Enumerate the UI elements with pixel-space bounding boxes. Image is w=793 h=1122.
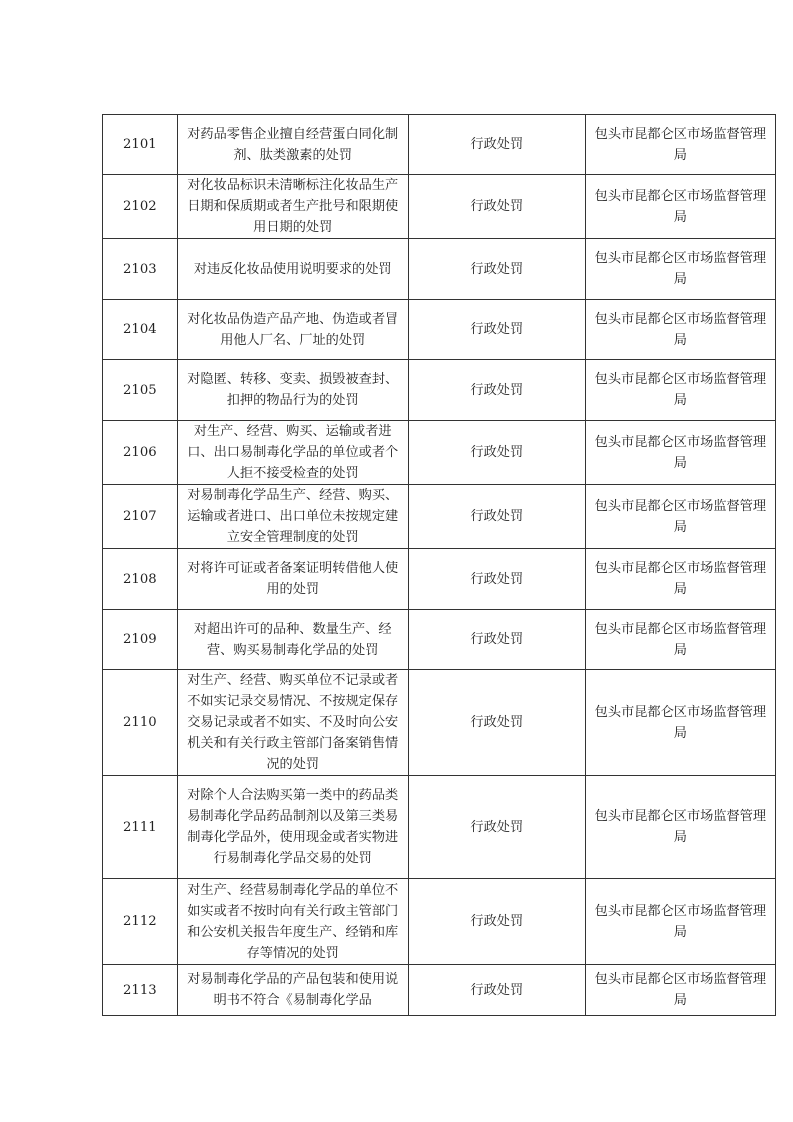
item-type: 行政处罚 xyxy=(408,239,585,300)
item-department: 包头市昆都仑区市场监督管理局 xyxy=(585,239,775,300)
item-type: 行政处罚 xyxy=(408,421,585,485)
item-name: 对超出许可的品种、数量生产、经营、购买易制毒化学品的处罚 xyxy=(177,610,408,670)
item-number: 2106 xyxy=(103,421,178,485)
item-name: 对化妆品伪造产品产地、伪造或者冒用他人厂名、厂址的处罚 xyxy=(177,300,408,360)
item-name: 对违反化妆品使用说明要求的处罚 xyxy=(177,239,408,300)
table-row: 2113 对易制毒化学品的产品包装和使用说明书不符合《易制毒化学品 行政处罚 包… xyxy=(103,965,776,1016)
table-body: 2101 对药品零售企业擅自经营蛋白同化制剂、肽类激素的处罚 行政处罚 包头市昆… xyxy=(103,115,776,1016)
item-type: 行政处罚 xyxy=(408,670,585,776)
item-number: 2111 xyxy=(103,776,178,879)
table-row: 2109 对超出许可的品种、数量生产、经营、购买易制毒化学品的处罚 行政处罚 包… xyxy=(103,610,776,670)
item-department: 包头市昆都仑区市场监督管理局 xyxy=(585,965,775,1016)
item-name: 对生产、经营、购买、运输或者进口、出口易制毒化学品的单位或者个人拒不接受检查的处… xyxy=(177,421,408,485)
item-name: 对除个人合法购买第一类中的药品类易制毒化学品药品制剂以及第三类易制毒化学品外，使… xyxy=(177,776,408,879)
item-department: 包头市昆都仑区市场监督管理局 xyxy=(585,549,775,610)
item-number: 2101 xyxy=(103,115,178,175)
item-number: 2102 xyxy=(103,175,178,239)
item-department: 包头市昆都仑区市场监督管理局 xyxy=(585,115,775,175)
item-type: 行政处罚 xyxy=(408,549,585,610)
item-number: 2108 xyxy=(103,549,178,610)
item-department: 包头市昆都仑区市场监督管理局 xyxy=(585,421,775,485)
item-name: 对将许可证或者备案证明转借他人使用的处罚 xyxy=(177,549,408,610)
item-type: 行政处罚 xyxy=(408,776,585,879)
table-row: 2105 对隐匿、转移、变卖、损毁被查封、扣押的物品行为的处罚 行政处罚 包头市… xyxy=(103,360,776,421)
item-department: 包头市昆都仑区市场监督管理局 xyxy=(585,776,775,879)
table-row: 2106 对生产、经营、购买、运输或者进口、出口易制毒化学品的单位或者个人拒不接… xyxy=(103,421,776,485)
item-department: 包头市昆都仑区市场监督管理局 xyxy=(585,300,775,360)
table-row: 2110 对生产、经营、购买单位不记录或者不如实记录交易情况、不按规定保存交易记… xyxy=(103,670,776,776)
item-number: 2110 xyxy=(103,670,178,776)
table-row: 2112 对生产、经营易制毒化学品的单位不如实或者不按时向有关行政主管部门和公安… xyxy=(103,879,776,965)
item-number: 2104 xyxy=(103,300,178,360)
item-type: 行政处罚 xyxy=(408,300,585,360)
item-type: 行政处罚 xyxy=(408,879,585,965)
item-name: 对易制毒化学品生产、经营、购买、运输或者进口、出口单位未按规定建立安全管理制度的… xyxy=(177,485,408,549)
item-department: 包头市昆都仑区市场监督管理局 xyxy=(585,610,775,670)
item-department: 包头市昆都仑区市场监督管理局 xyxy=(585,670,775,776)
item-number: 2109 xyxy=(103,610,178,670)
item-name: 对生产、经营易制毒化学品的单位不如实或者不按时向有关行政主管部门和公安机关报告年… xyxy=(177,879,408,965)
item-department: 包头市昆都仑区市场监督管理局 xyxy=(585,485,775,549)
item-department: 包头市昆都仑区市场监督管理局 xyxy=(585,175,775,239)
item-name: 对易制毒化学品的产品包装和使用说明书不符合《易制毒化学品 xyxy=(177,965,408,1016)
item-number: 2112 xyxy=(103,879,178,965)
document-page: 2101 对药品零售企业擅自经营蛋白同化制剂、肽类激素的处罚 行政处罚 包头市昆… xyxy=(0,0,793,1122)
item-department: 包头市昆都仑区市场监督管理局 xyxy=(585,360,775,421)
item-type: 行政处罚 xyxy=(408,965,585,1016)
table-row: 2104 对化妆品伪造产品产地、伪造或者冒用他人厂名、厂址的处罚 行政处罚 包头… xyxy=(103,300,776,360)
table-row: 2101 对药品零售企业擅自经营蛋白同化制剂、肽类激素的处罚 行政处罚 包头市昆… xyxy=(103,115,776,175)
item-type: 行政处罚 xyxy=(408,360,585,421)
item-type: 行政处罚 xyxy=(408,115,585,175)
item-name: 对生产、经营、购买单位不记录或者不如实记录交易情况、不按规定保存交易记录或者不如… xyxy=(177,670,408,776)
table-row: 2107 对易制毒化学品生产、经营、购买、运输或者进口、出口单位未按规定建立安全… xyxy=(103,485,776,549)
item-number: 2113 xyxy=(103,965,178,1016)
penalty-items-table: 2101 对药品零售企业擅自经营蛋白同化制剂、肽类激素的处罚 行政处罚 包头市昆… xyxy=(102,114,776,1016)
item-name: 对药品零售企业擅自经营蛋白同化制剂、肽类激素的处罚 xyxy=(177,115,408,175)
item-number: 2105 xyxy=(103,360,178,421)
item-name: 对隐匿、转移、变卖、损毁被查封、扣押的物品行为的处罚 xyxy=(177,360,408,421)
item-type: 行政处罚 xyxy=(408,175,585,239)
table-row: 2111 对除个人合法购买第一类中的药品类易制毒化学品药品制剂以及第三类易制毒化… xyxy=(103,776,776,879)
item-department: 包头市昆都仑区市场监督管理局 xyxy=(585,879,775,965)
item-type: 行政处罚 xyxy=(408,610,585,670)
table-row: 2103 对违反化妆品使用说明要求的处罚 行政处罚 包头市昆都仑区市场监督管理局 xyxy=(103,239,776,300)
item-type: 行政处罚 xyxy=(408,485,585,549)
item-number: 2103 xyxy=(103,239,178,300)
item-name: 对化妆品标识未清晰标注化妆品生产日期和保质期或者生产批号和限期使用日期的处罚 xyxy=(177,175,408,239)
table-row: 2102 对化妆品标识未清晰标注化妆品生产日期和保质期或者生产批号和限期使用日期… xyxy=(103,175,776,239)
item-number: 2107 xyxy=(103,485,178,549)
table-row: 2108 对将许可证或者备案证明转借他人使用的处罚 行政处罚 包头市昆都仑区市场… xyxy=(103,549,776,610)
